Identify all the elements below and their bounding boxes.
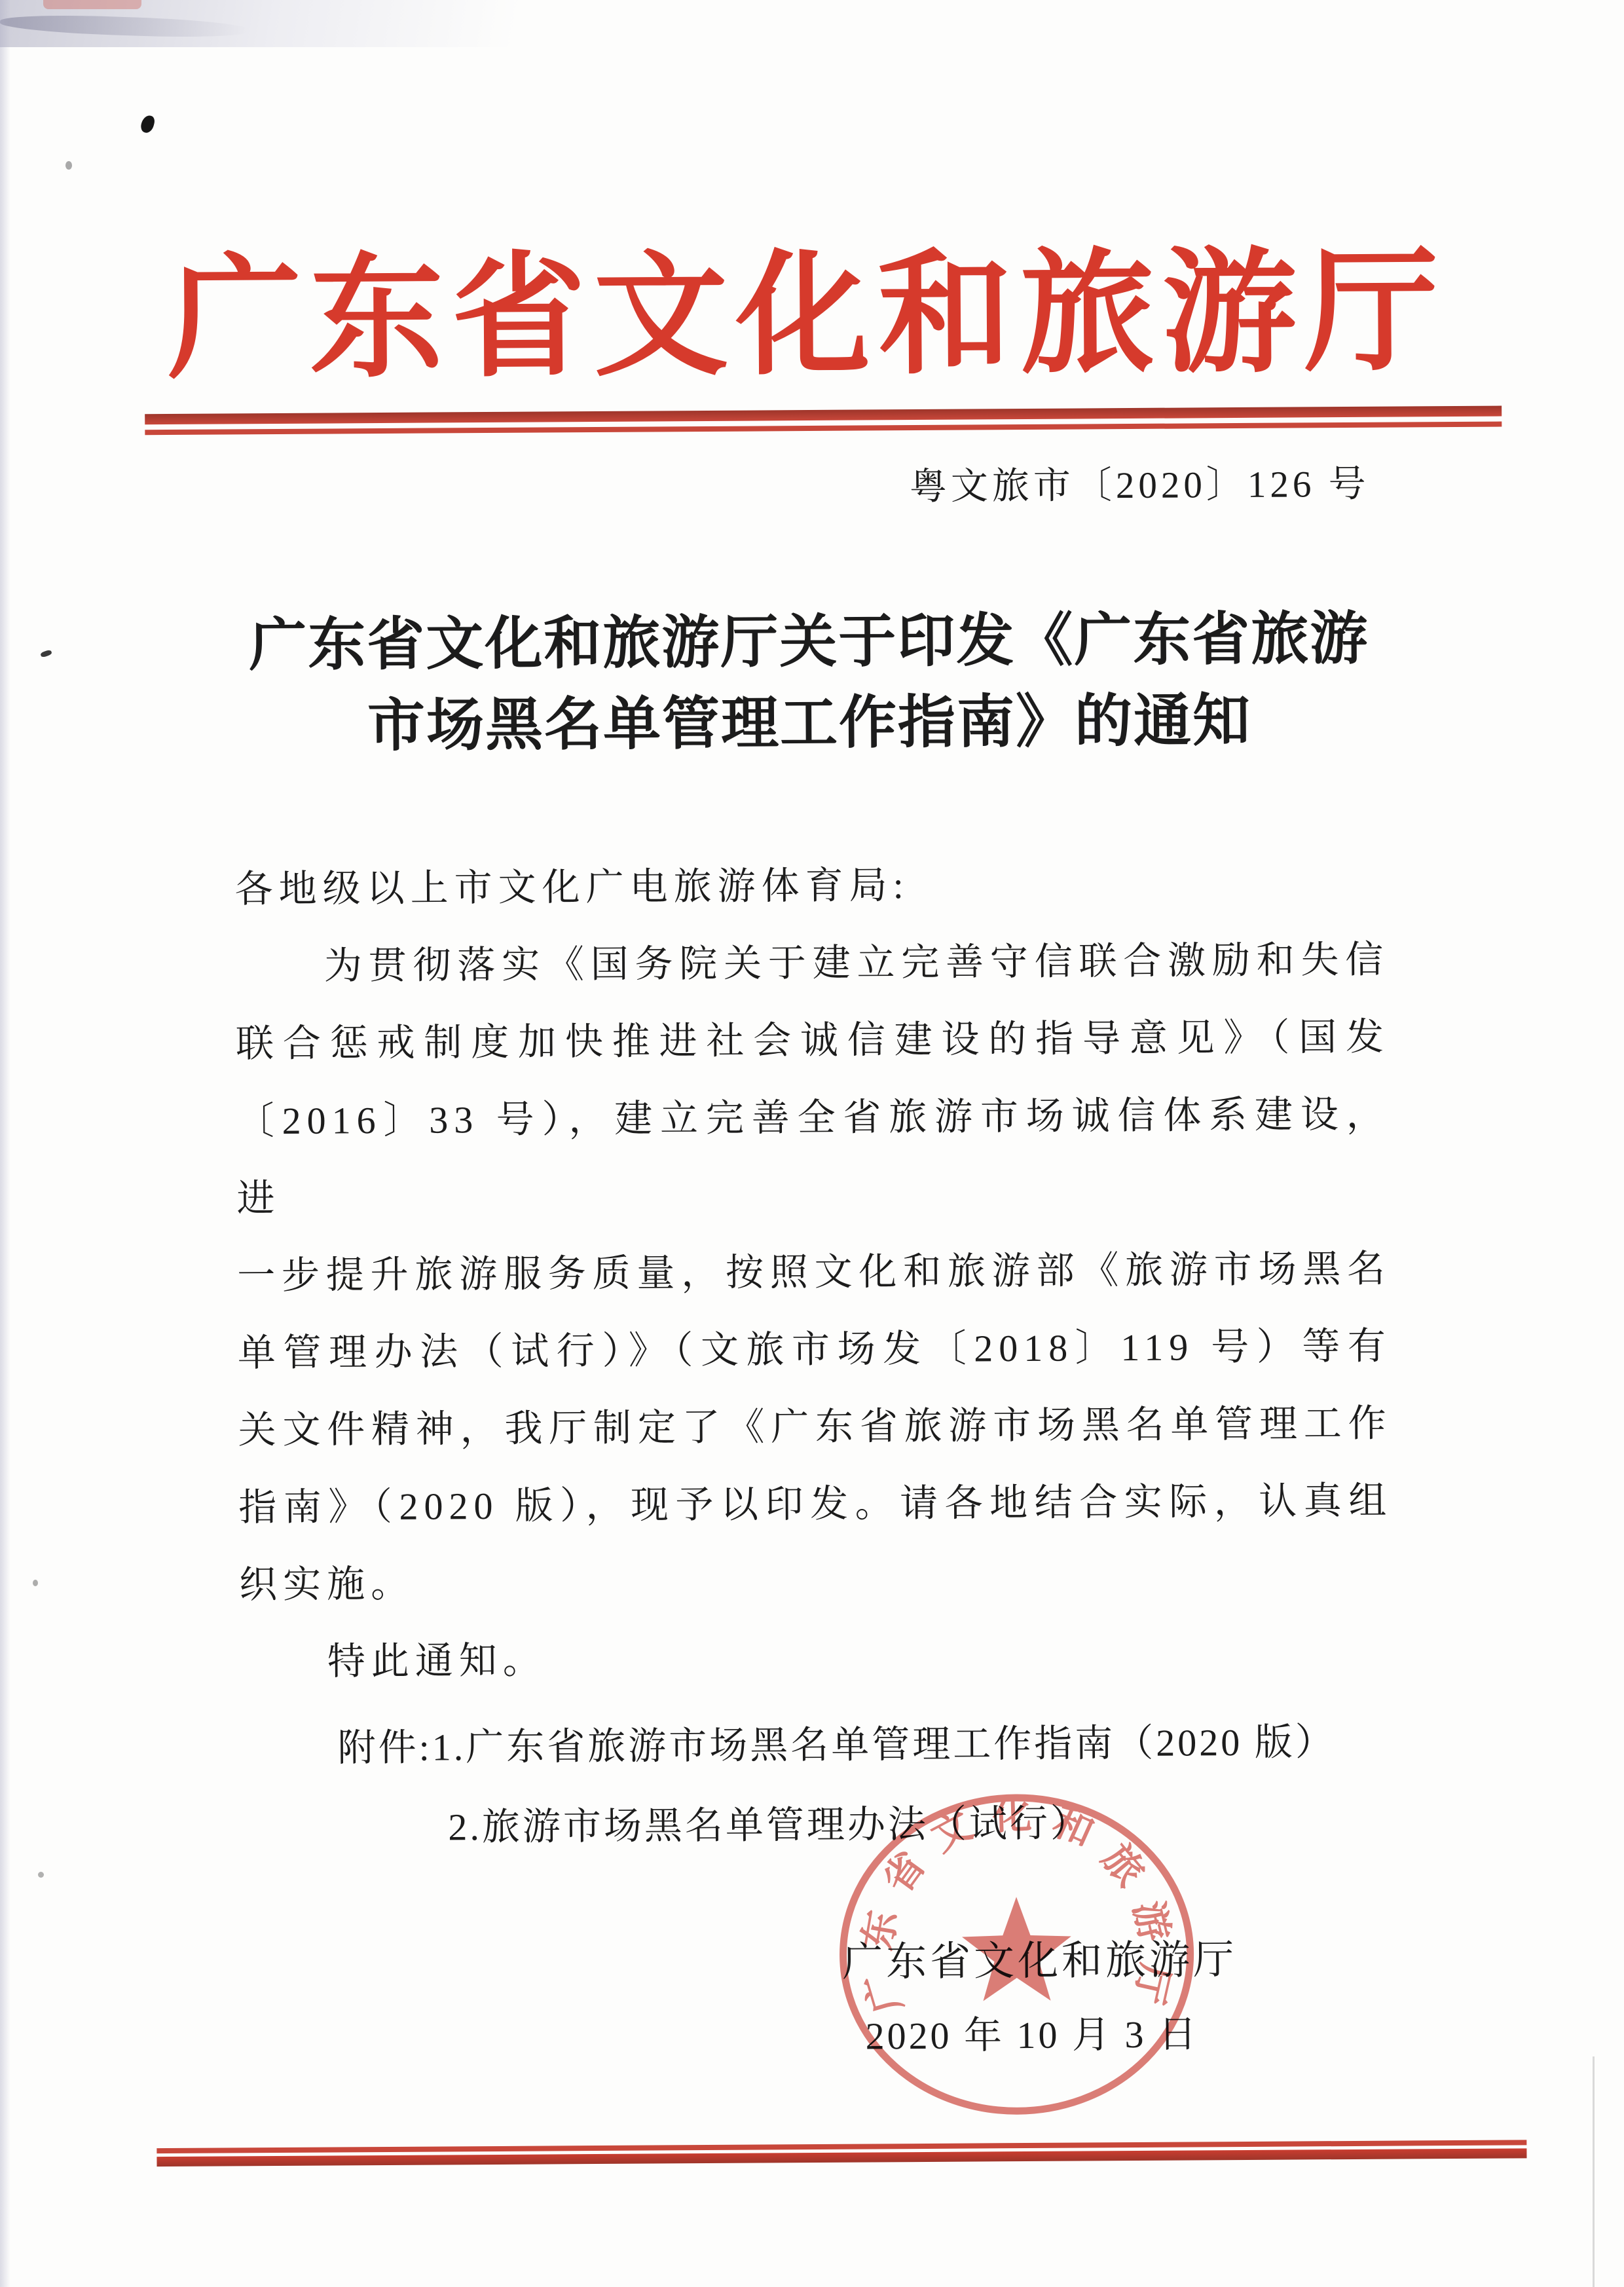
document-reference-number: 粤文旅市〔2020〕126 号	[910, 454, 1370, 510]
document-sheet: 广东省文化和旅游厅 粤文旅市〔2020〕126 号 广东省文化和旅游厅关于印发《…	[0, 0, 1624, 2287]
letterhead-agency-name: 广东省文化和旅游厅	[0, 241, 1619, 392]
notice-title-line1: 广东省文化和旅游厅关于印发《广东省旅游	[223, 599, 1395, 688]
body-text: 各地级以上市文化广电旅游体育局: 为贯彻落实《国务院关于建立完善守信联合激励和失…	[234, 844, 1393, 1701]
scanned-document-page: 广东省文化和旅游厅 粤文旅市〔2020〕126 号 广东省文化和旅游厅关于印发《…	[0, 0, 1624, 2287]
body-line: 一步提升旅游服务质量，按照文化和旅游部《旅游市场黑名	[237, 1231, 1392, 1315]
body-line: 为贯彻落实《国务院关于建立完善守信联合激励和失信	[235, 921, 1390, 1006]
official-seal-stamp: 广东省文化和旅游厅	[833, 1789, 1200, 2119]
attachment-item-1: 附件:1.广东省旅游市场黑名单管理工作指南（2020 版）	[337, 1702, 1336, 1788]
body-line: 联合惩戒制度加快推进社会诚信建设的指导意见》（国发	[236, 999, 1390, 1083]
notice-title: 广东省文化和旅游厅关于印发《广东省旅游 市场黑名单管理工作指南》的通知	[223, 599, 1395, 769]
body-line: 〔2016〕33 号），建立完善全省旅游市场诚信体系建设，进	[236, 1076, 1390, 1238]
notice-title-line2: 市场黑名单管理工作指南》的通知	[223, 680, 1396, 769]
body-line: 单管理办法（试行）》（文旅市场发〔2018〕119 号）等有	[238, 1308, 1392, 1392]
letterhead-rule-thin	[145, 422, 1502, 436]
body-line: 特此通知。	[239, 1617, 1393, 1701]
body-line: 关文件精神，我厅制定了《广东省旅游市场黑名单管理工作	[238, 1385, 1392, 1470]
body-line: 织实施。	[239, 1540, 1393, 1624]
letterhead-rule-thick	[145, 406, 1502, 425]
seal-star-icon	[962, 1897, 1072, 2001]
body-line: 各地级以上市文化广电旅游体育局:	[234, 844, 1389, 929]
body-line: 指南》（2020 版），现予以印发。请各地结合实际，认真组	[238, 1462, 1393, 1547]
